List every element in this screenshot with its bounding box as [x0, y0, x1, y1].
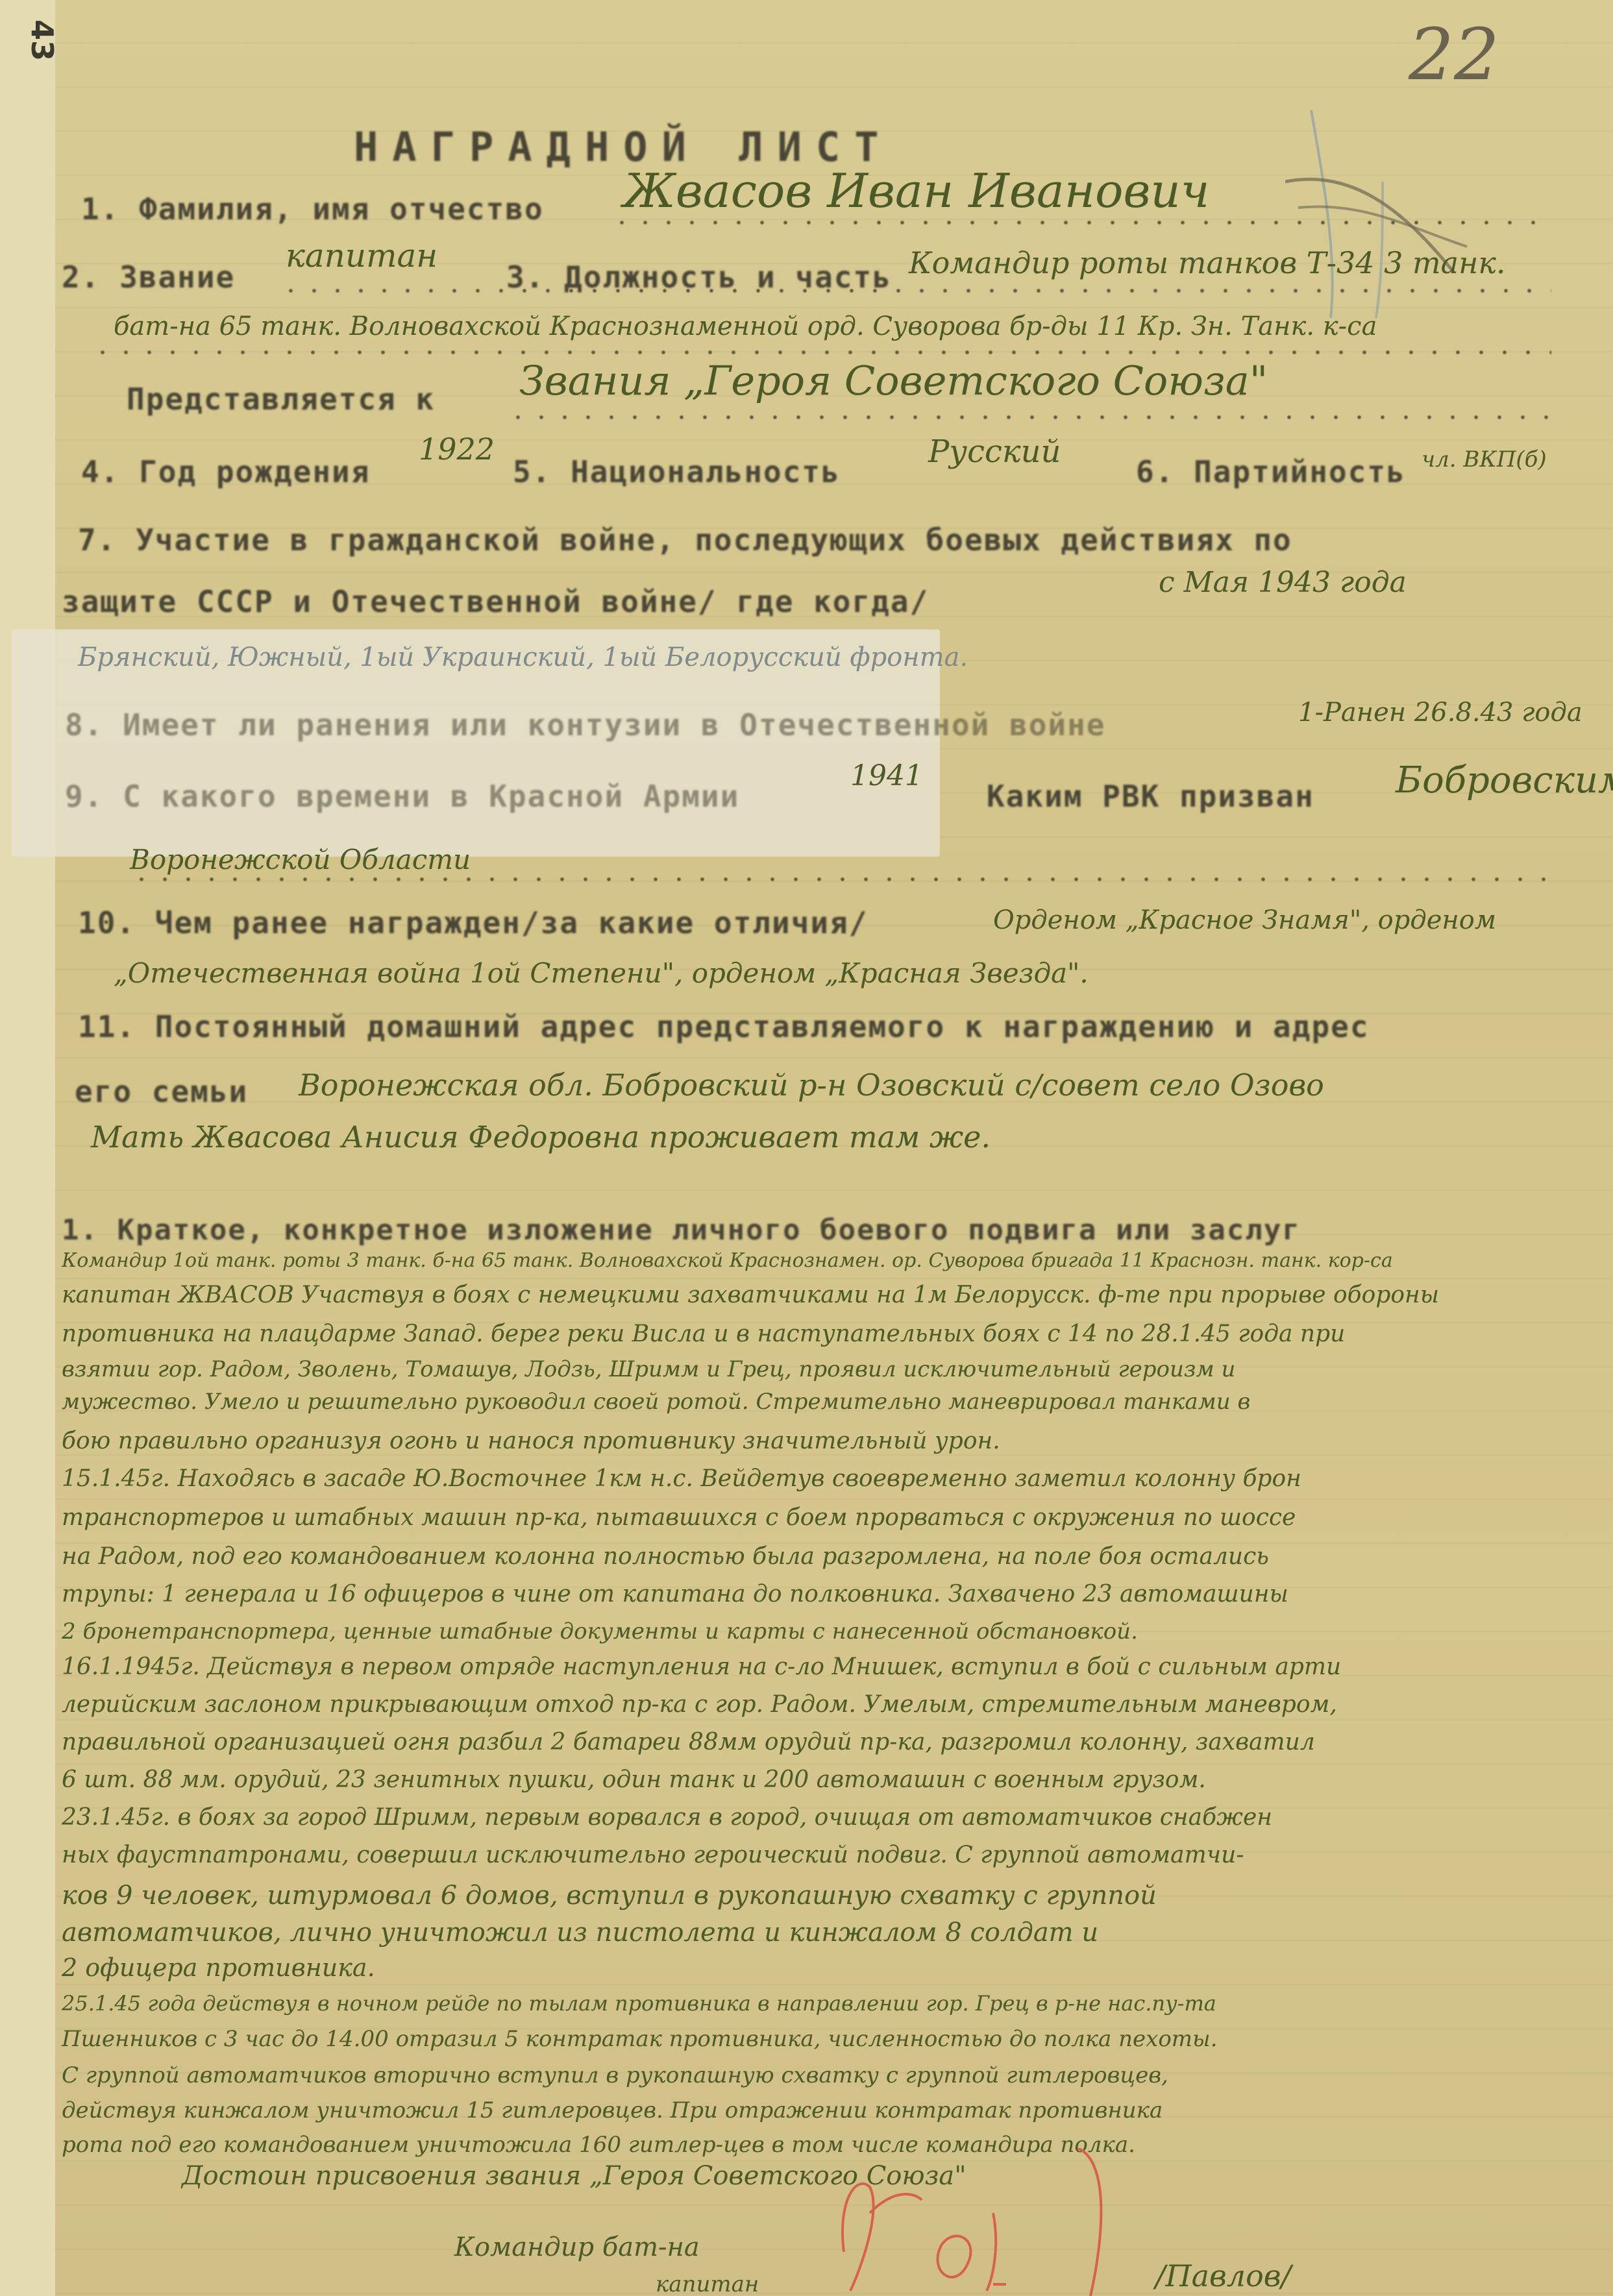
signatory-position: Командир бат-на	[454, 2232, 700, 2262]
field-7-value-line1: с Мая 1943 года	[1159, 566, 1407, 599]
field-9b-label: Каким РВК призван	[987, 779, 1314, 814]
signatory-rank: капитан	[656, 2271, 759, 2296]
narrative-line: 15.1.45г. Находясь в засаде Ю.Восточнее …	[62, 1465, 1301, 1492]
archive-binding-margin	[0, 0, 55, 2296]
field-2-label: 2. Звание	[62, 260, 235, 295]
dotted-line	[130, 877, 1551, 881]
field-9b-value-line2: Воронежской Области	[130, 844, 471, 875]
field-11-value-line2: Мать Жвасова Анисия Федоровна проживает …	[91, 1119, 991, 1154]
narrative-line: действуя кинжалом уничтожил 15 гитлеровц…	[62, 2097, 1163, 2123]
narrative-line: лерийским заслоном прикрывающим отход пр…	[62, 1691, 1337, 1718]
narrative-line: противника на плацдарме Запад. берег рек…	[62, 1321, 1345, 1347]
field-8-value: 1-Ранен 26.8.43 года	[1298, 698, 1582, 727]
narrative-line: трупы: 1 генерала и 16 офицеров в чине о…	[62, 1581, 1288, 1607]
field-10-value-line1: Орденом „Красное Знамя", орденом	[993, 905, 1496, 935]
narrative-line: 2 офицера противника.	[62, 1953, 375, 1982]
narrative-line: на Радом, под его командованием колонна …	[62, 1543, 1269, 1570]
narrative-line: 6 шт. 88 мм. орудий, 23 зенитных пушки, …	[62, 1766, 1206, 1793]
field-1-label: 1. Фамилия, имя отчество	[81, 191, 544, 226]
narrative-line: взятии гор. Радом, Зволень, Томашув, Лод…	[62, 1356, 1235, 1382]
field-3-value-line2: бат-на 65 танк. Волновахской Краснознаме…	[114, 311, 1377, 341]
nominated-value: Звания „Героя Советского Союза"	[519, 357, 1268, 404]
field-7-value-line2: Брянский, Южный, 1ый Украинский, 1ый Бел…	[78, 642, 968, 672]
field-9-value: 1941	[850, 759, 923, 792]
narrative-line: 2 бронетранспортера, ценные штабные доку…	[62, 1618, 1138, 1644]
narrative-heading: 1. Краткое, конкретное изложение личного…	[62, 1214, 1301, 1247]
field-1-value: Жвасов Иван Иванович	[623, 164, 1210, 218]
narrative-line: 16.1.1945г. Действуя в первом отряде нас…	[62, 1654, 1341, 1680]
field-10-label: 10. Чем ранее награжден/за какие отличия…	[78, 905, 868, 940]
narrative-line: ков 9 человек, штурмовал 6 домов, вступи…	[62, 1881, 1157, 1911]
field-11-value-line1: Воронежская обл. Бобровский р-н Озовский…	[299, 1068, 1324, 1103]
field-6-label: 6. Партийность	[1136, 454, 1406, 489]
field-2-value: капитан	[286, 237, 437, 275]
field-10-value-line2: „Отечественная война 1ой Степени", орден…	[114, 957, 1089, 989]
narrative-line: Пшенников с 3 час до 14.00 отразил 5 кон…	[62, 2026, 1218, 2052]
signatory-name: /Павлов/	[1155, 2258, 1291, 2293]
field-11-label-line2: его семьи	[75, 1074, 248, 1109]
dotted-line	[91, 350, 1551, 354]
narrative-line: 25.1.45 года действуя в ночном рейде по …	[62, 1991, 1216, 2016]
field-5-label: 5. Национальность	[513, 454, 841, 489]
sheet-number: 22	[1409, 13, 1499, 96]
field-4-value: 1922	[419, 432, 495, 467]
nominated-label: Представляется к	[127, 382, 435, 417]
field-6-value: чл. ВКП(б)	[1422, 446, 1547, 472]
narrative-line: бою правильно организуя огонь и нанося п…	[62, 1428, 1000, 1454]
narrative-line: правильной организацией огня разбил 2 ба…	[62, 1729, 1315, 1755]
field-5-value: Русский	[928, 434, 1061, 470]
narrative-line: автоматчиков, лично уничтожил из пистоле…	[62, 1918, 1098, 1948]
narrative-line: 23.1.45г. в боях за город Шримм, первым …	[62, 1804, 1272, 1831]
narrative-line: мужество. Умело и решительно руководил с…	[62, 1389, 1250, 1415]
field-9b-value-line1: Бобровским	[1396, 759, 1613, 801]
dotted-line	[279, 289, 1551, 293]
field-9-label: 9. С какого времени в Красной Армии	[65, 779, 739, 814]
narrative-line: Командир 1ой танк. роты 3 танк. б-на 65 …	[62, 1249, 1393, 1272]
dotted-line	[506, 415, 1558, 419]
field-3-value-line1: Командир роты танков Т-34 3 танк.	[909, 245, 1505, 280]
field-4-label: 4. Год рождения	[81, 454, 370, 489]
field-7-label-line2: защите СССР и Отечественной войне/ где к…	[62, 584, 929, 619]
dotted-line	[610, 221, 1551, 225]
narrative-line: транспортеров и штабных машин пр-ка, пыт…	[62, 1504, 1296, 1531]
narrative-line: ных фаустпатронами, совершил исключитель…	[62, 1842, 1244, 1868]
field-11-label-line1: 11. Постоянный домашний адрес представля…	[78, 1009, 1370, 1044]
narrative-line: капитан ЖВАСОВ Участвуя в боях с немецки…	[62, 1282, 1439, 1308]
field-8-label: 8. Имеет ли ранения или контузии в Отече…	[65, 707, 1106, 742]
narrative-line: С группой автоматчиков вторично вступил …	[62, 2062, 1168, 2088]
field-7-label-line1: 7. Участие в гражданской войне, последую…	[78, 522, 1292, 557]
archive-number: 43	[25, 19, 60, 61]
